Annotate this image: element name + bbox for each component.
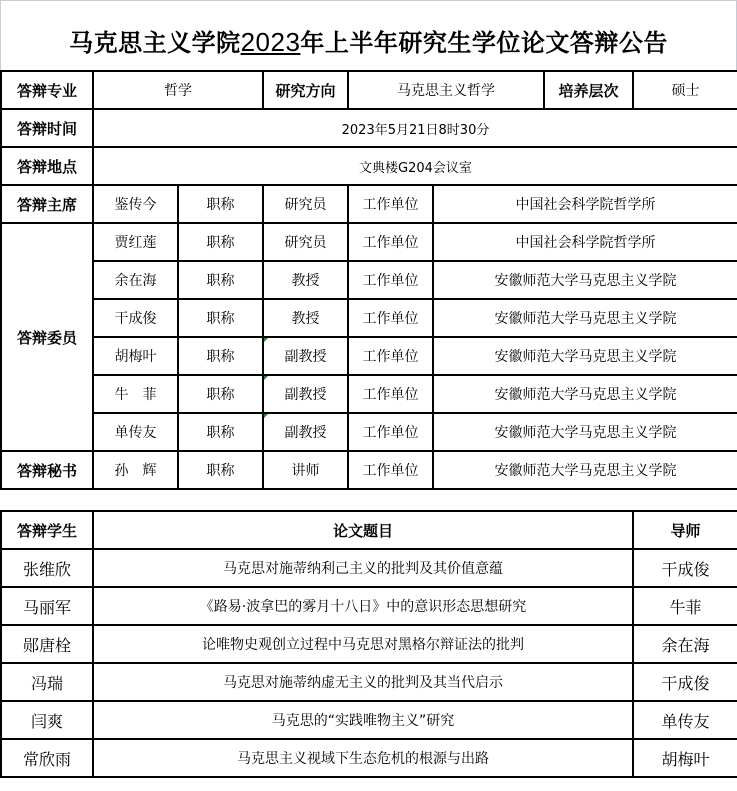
member-unit: 安徽师范大学马克思主义学院	[433, 261, 737, 299]
secretary-name: 孙 辉	[93, 451, 178, 489]
member-title: 教授	[263, 299, 348, 337]
thesis-topic: 《路易·波拿巴的雾月十八日》中的意识形态思想研究	[93, 587, 633, 625]
member-name: 单传友	[93, 413, 178, 451]
member-unit: 安徽师范大学马克思主义学院	[433, 375, 737, 413]
member-unit-label: 工作单位	[348, 299, 433, 337]
student-name: 马丽军	[1, 587, 93, 625]
member-title-label: 职称	[178, 261, 263, 299]
direction-value: 马克思主义哲学	[348, 71, 544, 109]
student-name: 闫爽	[1, 701, 93, 739]
student-row: 冯瑞 马克思对施蒂纳虚无主义的批判及其当代启示 干成俊	[1, 663, 737, 701]
header-topic: 论文题目	[93, 511, 633, 549]
chair-label: 答辩主席	[1, 185, 93, 223]
title-year: 2023	[241, 27, 301, 57]
student-row: 常欣雨 马克思主义视域下生态危机的根源与出路 胡梅叶	[1, 739, 737, 777]
secretary-title-label: 职称	[178, 451, 263, 489]
secretary-unit-label: 工作单位	[348, 451, 433, 489]
member-row: 答辩委员 贾红莲 职称 研究员 工作单位 中国社会科学院哲学所	[1, 223, 737, 261]
member-unit-label: 工作单位	[348, 223, 433, 261]
advisor-name: 牛菲	[633, 587, 737, 625]
member-title: 教授	[263, 261, 348, 299]
member-title-label: 职称	[178, 223, 263, 261]
page-title: 马克思主义学院2023年上半年研究生学位论文答辩公告	[1, 23, 736, 58]
secretary-row: 答辩秘书 孙 辉 职称 讲师 工作单位 安徽师范大学马克思主义学院	[1, 451, 737, 489]
thesis-topic: 马克思对施蒂纳虚无主义的批判及其当代启示	[93, 663, 633, 701]
header-student: 答辩学生	[1, 511, 93, 549]
member-name: 贾红莲	[93, 223, 178, 261]
place-row: 答辩地点 文典楼G204会议室	[1, 147, 737, 185]
member-title-label: 职称	[178, 375, 263, 413]
secretary-label: 答辩秘书	[1, 451, 93, 489]
student-name: 常欣雨	[1, 739, 93, 777]
time-value: 2023年5月21日8时30分	[93, 109, 737, 147]
member-name: 干成俊	[93, 299, 178, 337]
chair-unit-label: 工作单位	[348, 185, 433, 223]
member-unit: 安徽师范大学马克思主义学院	[433, 337, 737, 375]
time-label: 答辩时间	[1, 109, 93, 147]
secretary-unit: 安徽师范大学马克思主义学院	[433, 451, 737, 489]
chair-name: 鉴传今	[93, 185, 178, 223]
member-title-label: 职称	[178, 413, 263, 451]
thesis-topic: 马克思主义视域下生态危机的根源与出路	[93, 739, 633, 777]
member-row: 胡梅叶 职称 副教授 工作单位 安徽师范大学马克思主义学院	[1, 337, 737, 375]
member-unit: 安徽师范大学马克思主义学院	[433, 299, 737, 337]
place-value: 文典楼G204会议室	[93, 147, 737, 185]
member-name: 余在海	[93, 261, 178, 299]
title-suffix: 年上半年研究生学位论文答辩公告	[300, 29, 668, 57]
defense-info-table: 答辩专业 哲学 研究方向 马克思主义哲学 培养层次 硕士 答辩时间 2023年5…	[0, 70, 737, 490]
level-label: 培养层次	[544, 71, 633, 109]
advisor-name: 胡梅叶	[633, 739, 737, 777]
member-row: 单传友 职称 副教授 工作单位 安徽师范大学马克思主义学院	[1, 413, 737, 451]
place-label: 答辩地点	[1, 147, 93, 185]
member-row: 牛 菲 职称 副教授 工作单位 安徽师范大学马克思主义学院	[1, 375, 737, 413]
member-title: 副教授	[263, 375, 348, 413]
advisor-name: 余在海	[633, 625, 737, 663]
student-name: 冯瑞	[1, 663, 93, 701]
major-value: 哲学	[93, 71, 263, 109]
title-box: 马克思主义学院2023年上半年研究生学位论文答辩公告	[0, 0, 737, 70]
title-prefix: 马克思主义学院	[69, 29, 241, 57]
student-name: 张维欣	[1, 549, 93, 587]
member-row: 余在海 职称 教授 工作单位 安徽师范大学马克思主义学院	[1, 261, 737, 299]
students-header-row: 答辩学生 论文题目 导师	[1, 511, 737, 549]
major-label: 答辩专业	[1, 71, 93, 109]
student-name: 郧唐栓	[1, 625, 93, 663]
student-row: 马丽军 《路易·波拿巴的雾月十八日》中的意识形态思想研究 牛菲	[1, 587, 737, 625]
thesis-topic: 马克思的“实践唯物主义”研究	[93, 701, 633, 739]
chair-title-label: 职称	[178, 185, 263, 223]
advisor-name: 干成俊	[633, 549, 737, 587]
students-table: 答辩学生 论文题目 导师 张维欣 马克思对施蒂纳利己主义的批判及其价值意蕴 干成…	[0, 510, 737, 778]
advisor-name: 干成俊	[633, 663, 737, 701]
member-title: 副教授	[263, 413, 348, 451]
chair-row: 答辩主席 鉴传今 职称 研究员 工作单位 中国社会科学院哲学所	[1, 185, 737, 223]
member-title: 副教授	[263, 337, 348, 375]
member-title-label: 职称	[178, 337, 263, 375]
member-row: 干成俊 职称 教授 工作单位 安徽师范大学马克思主义学院	[1, 299, 737, 337]
student-row: 张维欣 马克思对施蒂纳利己主义的批判及其价值意蕴 干成俊	[1, 549, 737, 587]
member-title: 研究员	[263, 223, 348, 261]
chair-title: 研究员	[263, 185, 348, 223]
header-advisor: 导师	[633, 511, 737, 549]
member-unit: 中国社会科学院哲学所	[433, 223, 737, 261]
time-row: 答辩时间 2023年5月21日8时30分	[1, 109, 737, 147]
student-row: 闫爽 马克思的“实践唯物主义”研究 单传友	[1, 701, 737, 739]
thesis-topic: 论唯物史观创立过程中马克思对黑格尔辩证法的批判	[93, 625, 633, 663]
student-row: 郧唐栓 论唯物史观创立过程中马克思对黑格尔辩证法的批判 余在海	[1, 625, 737, 663]
member-unit-label: 工作单位	[348, 337, 433, 375]
member-unit-label: 工作单位	[348, 375, 433, 413]
member-unit-label: 工作单位	[348, 261, 433, 299]
member-unit-label: 工作单位	[348, 413, 433, 451]
thesis-topic: 马克思对施蒂纳利己主义的批判及其价值意蕴	[93, 549, 633, 587]
member-name: 胡梅叶	[93, 337, 178, 375]
chair-unit: 中国社会科学院哲学所	[433, 185, 737, 223]
secretary-title: 讲师	[263, 451, 348, 489]
member-title-label: 职称	[178, 299, 263, 337]
member-name: 牛 菲	[93, 375, 178, 413]
advisor-name: 单传友	[633, 701, 737, 739]
direction-label: 研究方向	[263, 71, 348, 109]
members-label: 答辩委员	[1, 223, 93, 451]
level-value: 硕士	[633, 71, 737, 109]
major-row: 答辩专业 哲学 研究方向 马克思主义哲学 培养层次 硕士	[1, 71, 737, 109]
member-unit: 安徽师范大学马克思主义学院	[433, 413, 737, 451]
